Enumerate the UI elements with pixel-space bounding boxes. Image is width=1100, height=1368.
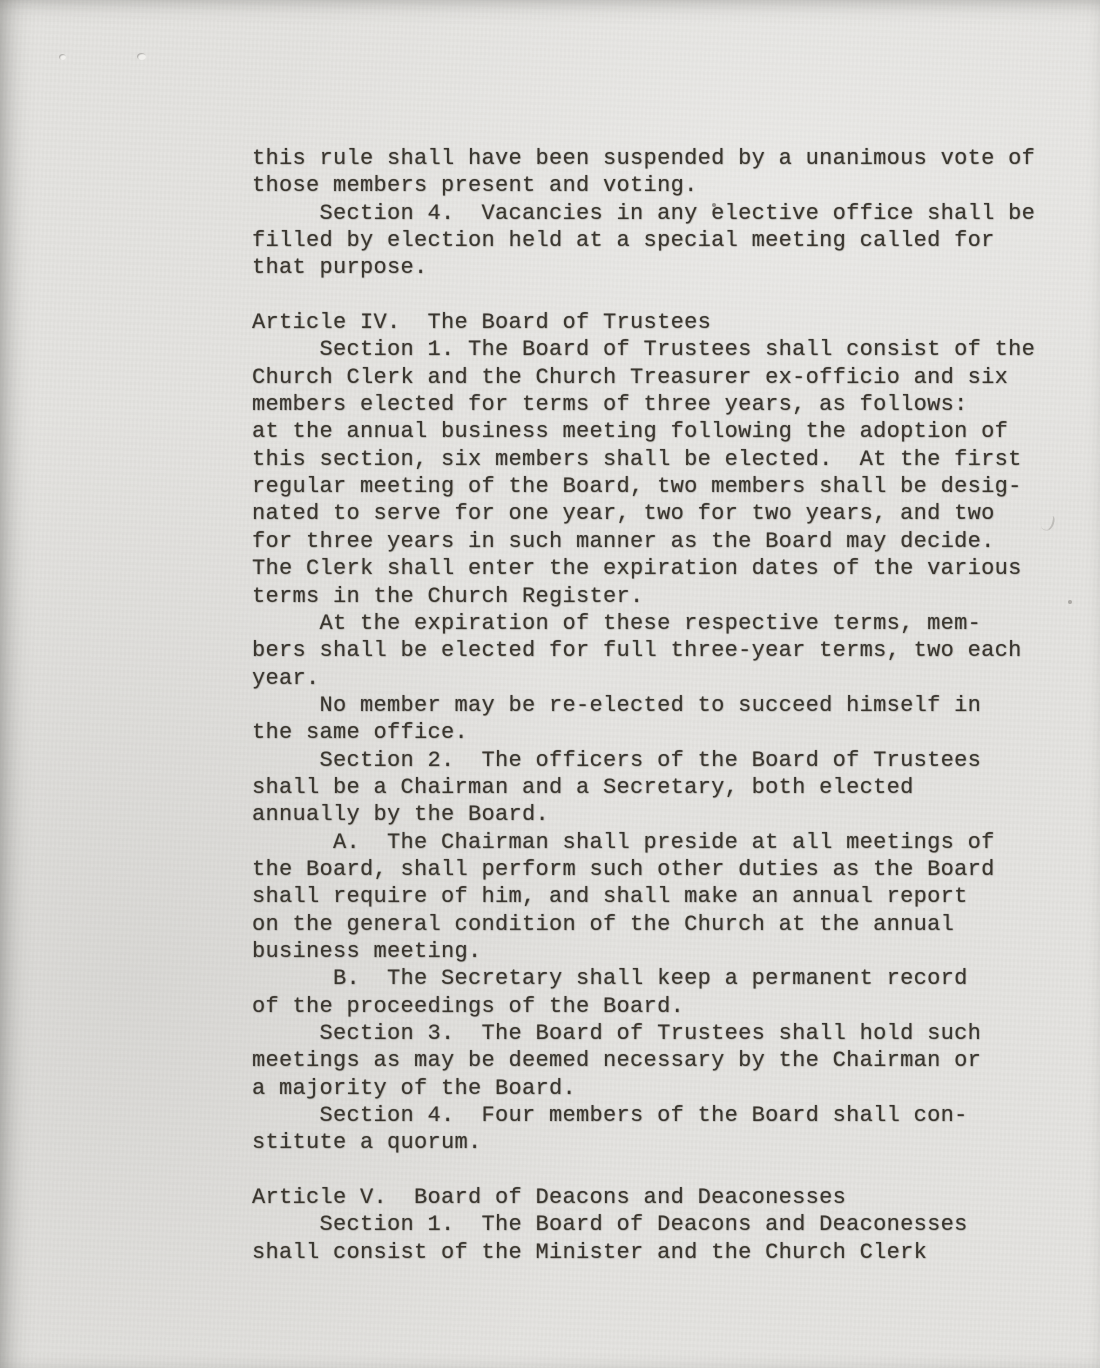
scanned-page: this rule shall have been suspended by a… (0, 0, 1100, 1368)
paper-speck (59, 54, 66, 60)
pencil-mark (1040, 514, 1056, 532)
ink-dot (1068, 600, 1072, 604)
ink-dot (712, 203, 716, 207)
paper-speck (137, 53, 146, 60)
typewritten-text: this rule shall have been suspended by a… (0, 0, 1035, 1266)
